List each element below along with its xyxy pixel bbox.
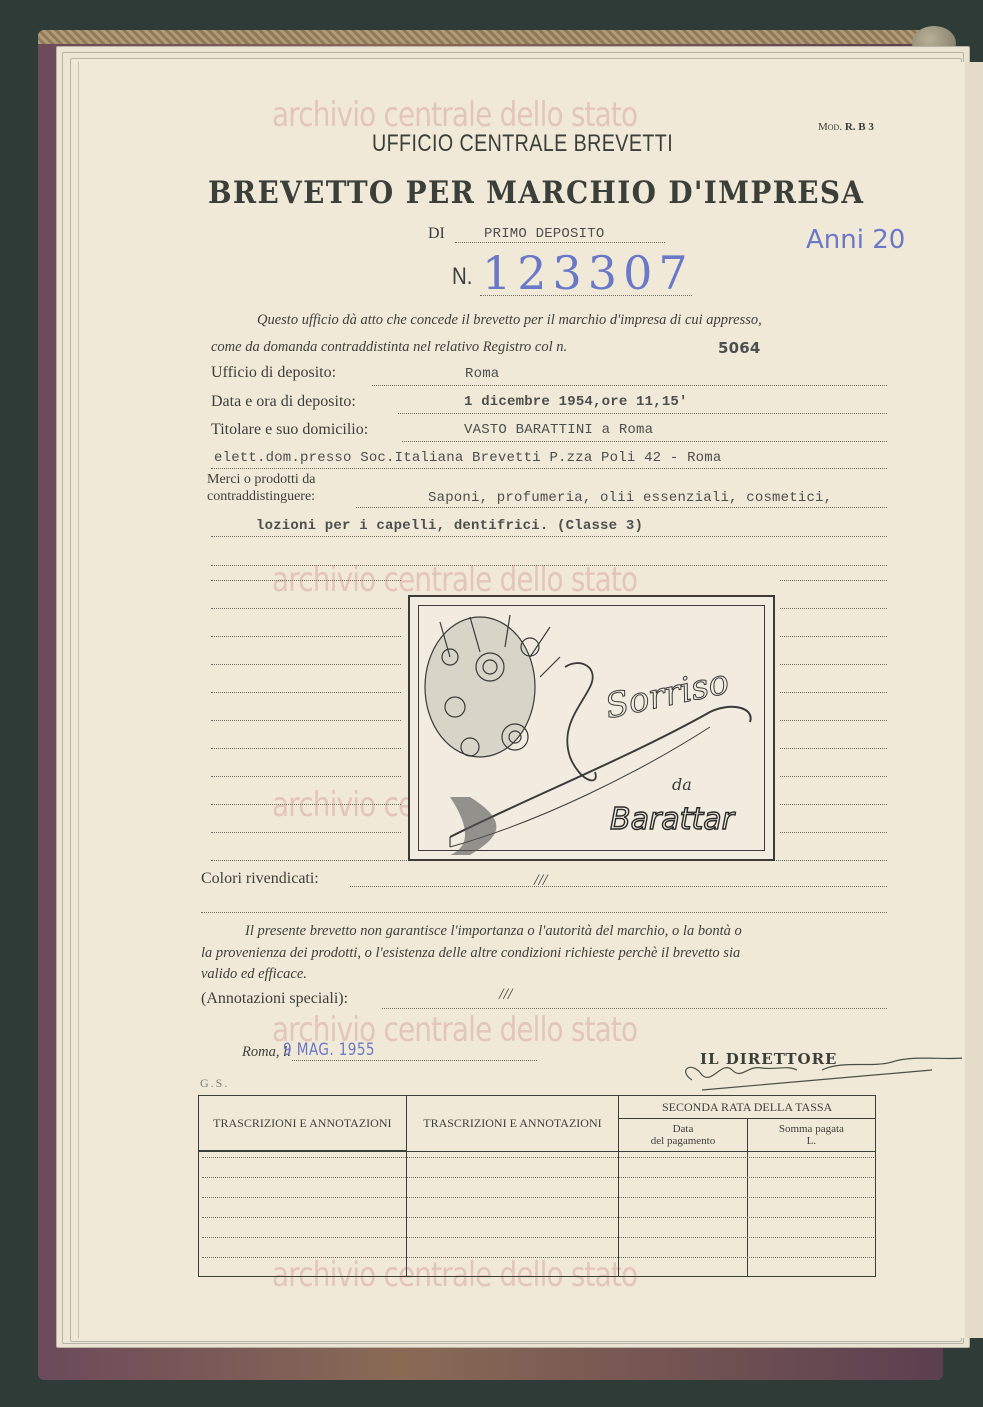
- blank-line: [211, 664, 401, 665]
- watermark: archivio centrale dello stato: [272, 95, 637, 135]
- blank-line: [780, 832, 887, 833]
- data-label: Data: [621, 1123, 745, 1135]
- blank-line: [211, 804, 401, 805]
- colori-label: Colori rivendicati:: [201, 870, 319, 888]
- table-rule: [202, 1157, 874, 1158]
- colori-value: ///: [534, 872, 547, 890]
- date-line: [292, 1060, 537, 1061]
- blank-line: [211, 608, 401, 609]
- blank-line: [211, 565, 887, 566]
- flower-bouquet-icon: Sorriso da Barattar: [410, 597, 773, 859]
- blank-line: [211, 692, 401, 693]
- column-header-somma-pagata: Somma pagata L.: [747, 1119, 875, 1152]
- intro-line-1: Questo ufficio dà atto che concede il br…: [257, 312, 762, 329]
- lire-label: L.: [750, 1135, 873, 1147]
- date-stamp: 9 MAG. 1955: [283, 1040, 375, 1060]
- table-rule: [202, 1177, 874, 1178]
- ufficio-label: Ufficio di deposito:: [211, 364, 336, 382]
- blank-line: [201, 912, 887, 913]
- office-title: UFFICIO CENTRALE BREVETTI: [372, 130, 673, 158]
- ufficio-line: [372, 385, 887, 386]
- blank-line: [211, 748, 401, 749]
- blank-line: [211, 580, 401, 581]
- merci-line-2: [211, 536, 887, 537]
- merci-label-1: Merci o prodotti da: [207, 472, 315, 488]
- table-rule: [202, 1257, 874, 1258]
- column-header-data-pagamento: Data del pagamento: [619, 1119, 748, 1152]
- disclaimer-line-1: Il presente brevetto non garantisce l'im…: [245, 923, 742, 940]
- annotazioni-label: (Annotazioni speciali):: [201, 990, 348, 1008]
- column-header-seconda-rata: SECONDA RATA DELLA TASSA: [619, 1096, 876, 1119]
- table-rule: [202, 1217, 874, 1218]
- initials: G.S.: [200, 1076, 229, 1091]
- blank-line: [780, 580, 887, 581]
- disclaimer-line-2: la provenienza dei prodotti, o l'esisten…: [201, 945, 740, 962]
- blank-line: [780, 664, 887, 665]
- document-title: BREVETTO PER MARCHIO D'IMPRESA: [208, 175, 864, 211]
- deposit-type-line: [455, 242, 665, 243]
- book-binding-rope: [38, 30, 943, 44]
- patent-number: 123307: [482, 246, 694, 300]
- titolare-line: [402, 441, 887, 442]
- director-signature-icon: [672, 1040, 972, 1100]
- blank-line: [780, 636, 887, 637]
- table-rule: [202, 1197, 874, 1198]
- blank-line: [211, 636, 401, 637]
- blank-line: [780, 804, 887, 805]
- blank-line: [211, 776, 401, 777]
- blank-line: [780, 748, 887, 749]
- colori-line: [350, 886, 887, 887]
- duration-stamp: Anni 20: [806, 225, 905, 255]
- titolare-label: Titolare e suo domicilio:: [211, 421, 368, 439]
- logo-brand: Barattar: [610, 802, 736, 837]
- model-code-prefix: Mod.: [818, 121, 842, 133]
- register-number: 5064: [718, 339, 761, 357]
- column-header-trascrizioni-1: TRASCRIZIONI E ANNOTAZIONI: [199, 1096, 407, 1152]
- data-label: Data e ora di deposito:: [211, 393, 356, 411]
- blank-line: [211, 720, 401, 721]
- blank-line: [211, 832, 401, 833]
- annotazioni-value: ///: [499, 986, 512, 1004]
- column-header-trascrizioni-2: TRASCRIZIONI E ANNOTAZIONI: [406, 1096, 619, 1152]
- deposit-type: PRIMO DEPOSITO: [484, 226, 604, 242]
- blank-line: [780, 692, 887, 693]
- intro-line-2: come da domanda contraddistinta nel rela…: [211, 339, 567, 356]
- table-rule: [202, 1237, 874, 1238]
- blank-line: [780, 776, 887, 777]
- annotazioni-line: [382, 1008, 887, 1009]
- number-prefix: N.: [452, 263, 472, 291]
- payment-register-table: TRASCRIZIONI E ANNOTAZIONI TRASCRIZIONI …: [198, 1095, 876, 1277]
- disclaimer-line-3: valido ed efficace.: [201, 966, 307, 983]
- di-label: DI: [428, 225, 445, 243]
- ufficio-value: Roma: [465, 366, 499, 382]
- logo-script-word: Sorriso: [602, 662, 733, 727]
- blank-line: [780, 720, 887, 721]
- titolare-value: VASTO BARATTINI a Roma: [464, 422, 653, 438]
- page-edge: [963, 62, 983, 1338]
- domicilio-value: elett.dom.presso Soc.Italiana Brevetti P…: [214, 450, 721, 466]
- model-code: Mod. R. B 3: [818, 121, 874, 133]
- merci-line-1: [356, 507, 887, 508]
- trademark-logo: Sorriso da Barattar: [408, 595, 775, 861]
- somma-label: Somma pagata: [750, 1123, 873, 1135]
- data-line: [398, 413, 887, 414]
- merci-label-2: contraddistinguere:: [207, 489, 315, 505]
- model-code-value: R. B 3: [845, 121, 874, 133]
- data-value: 1 dicembre 1954,ore 11,15': [464, 394, 688, 410]
- blank-line: [780, 608, 887, 609]
- domicilio-line: [211, 468, 887, 469]
- number-line: [480, 295, 692, 296]
- merci-value-2: lozioni per i capelli, dentifrici. (Clas…: [256, 518, 643, 534]
- logo-da: da: [672, 775, 692, 794]
- pagamento-label: del pagamento: [621, 1135, 745, 1147]
- merci-value-1: Saponi, profumeria, olii essenziali, cos…: [428, 490, 832, 506]
